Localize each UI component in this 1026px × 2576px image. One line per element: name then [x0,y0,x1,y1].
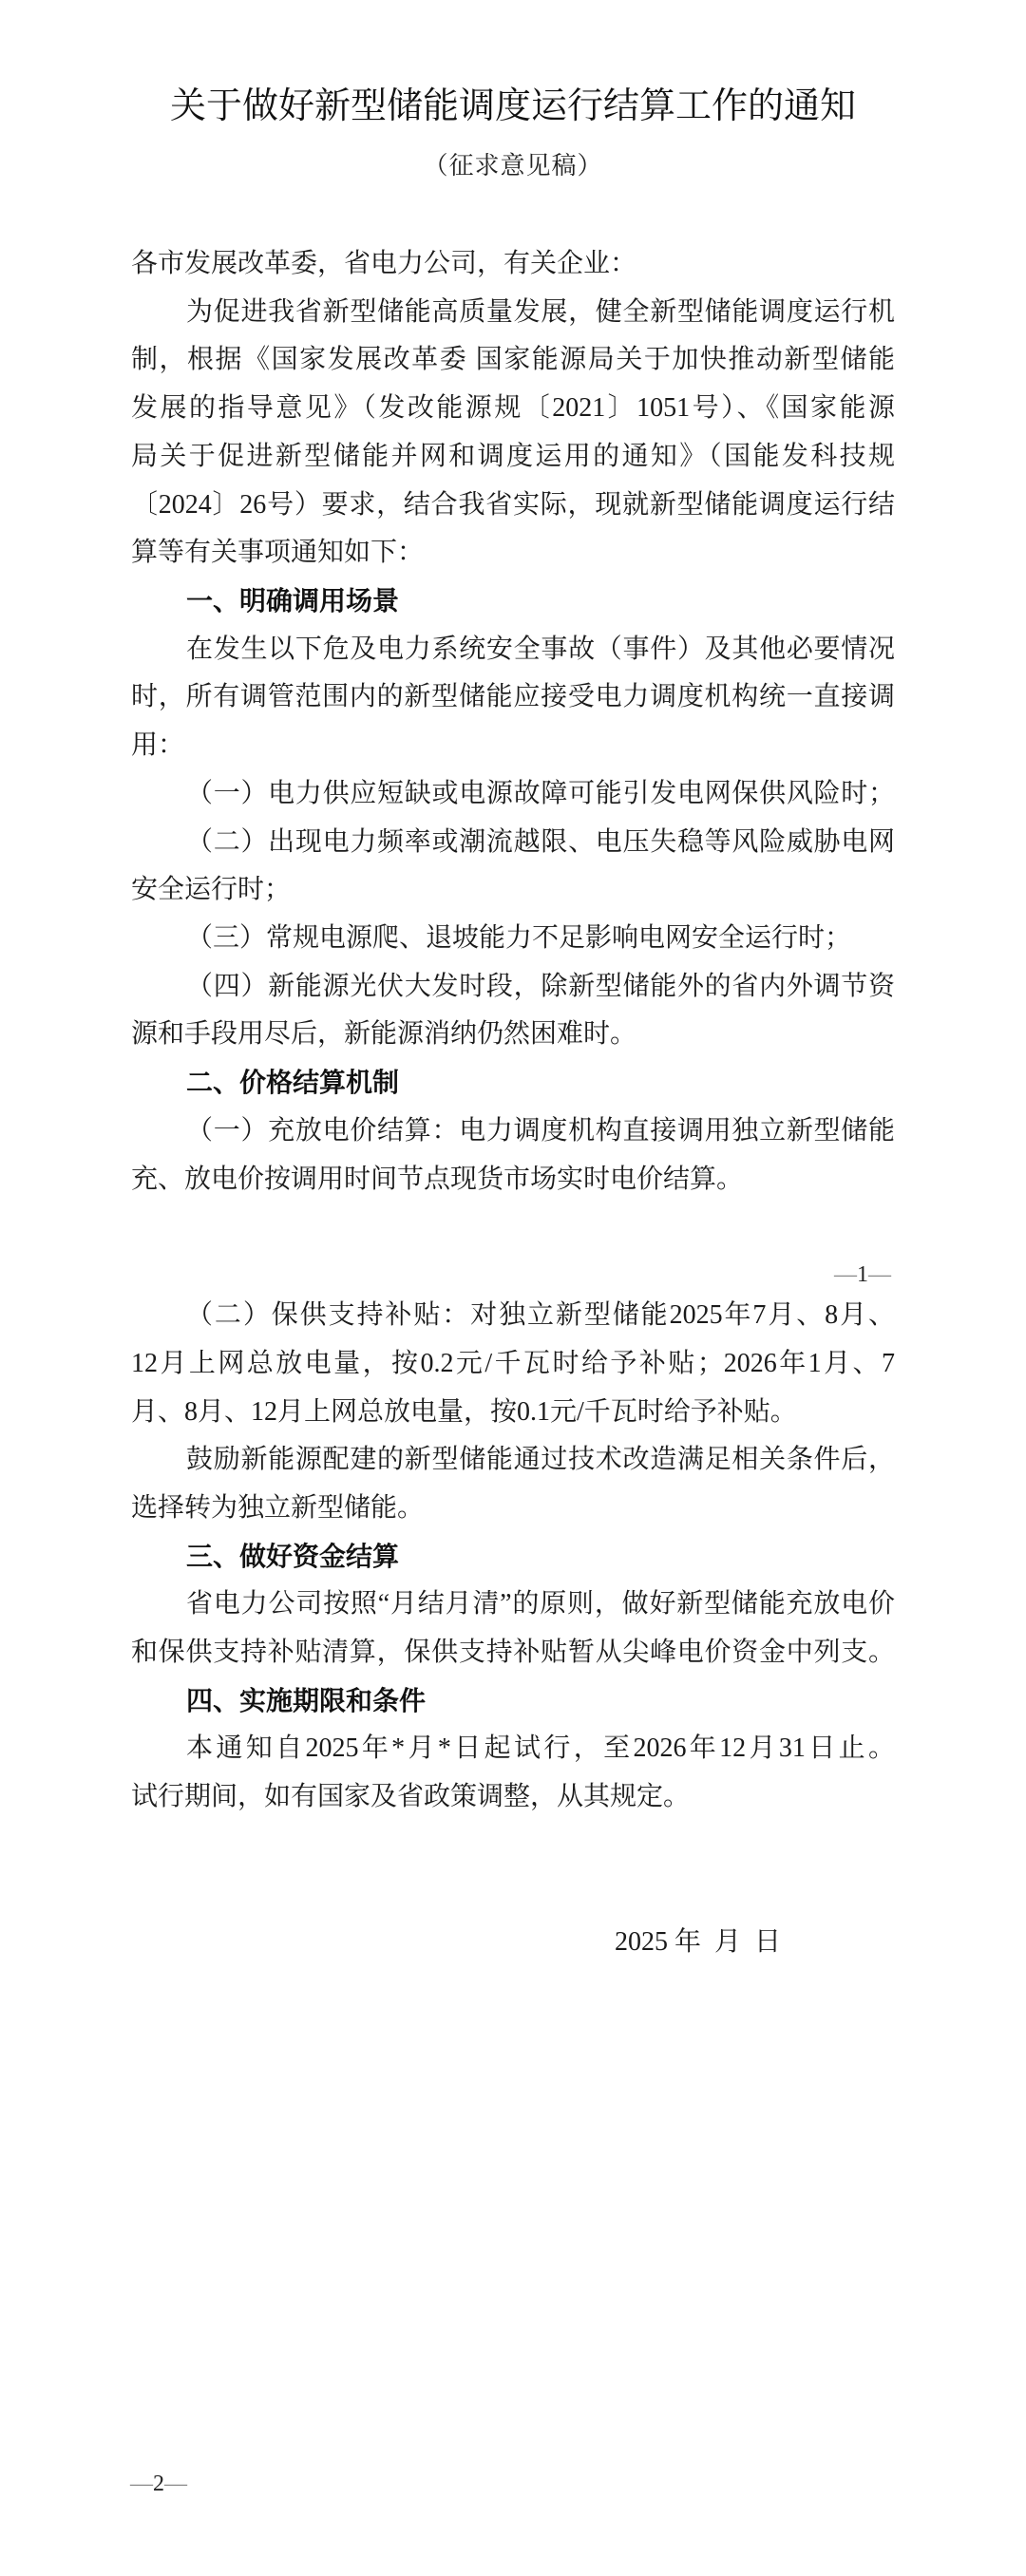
page-number-1: —1— [834,1260,891,1289]
section-heading: 四、实施期限和条件 [186,1677,895,1725]
page-number-2: —2— [130,2470,187,2498]
list-item: （二）出现电力频率或潮流越限、电压失稳等风险威胁电网 [186,819,895,866]
issue-date: 2025 年 月 日 [615,1919,781,1966]
page-number-dash: — [834,1262,857,1287]
paragraph-line: 试行期间，如有国家及省政策调整，从其规定。 [131,1773,895,1821]
salutation: 各市发展改革委，省电力公司，有关企业： [131,240,895,288]
paragraph-line: 为促进我省新型储能高质量发展，健全新型储能调度运行机 [186,289,895,336]
list-item-continuation: 安全运行时； [131,866,895,914]
list-item: （一）电力供应短缺或电源故障可能引发电网保供风险时； [186,770,895,818]
page-number-dash: — [868,1262,891,1287]
list-item: （三）常规电源爬、退坡能力不足影响电网安全运行时； [186,915,895,962]
paragraph-line: 发展的指导意见》（发改能源规〔2021〕1051号）、《国家能源 [131,385,895,432]
document-subtitle: （征求意见稿） [0,150,1026,182]
paragraph-line: 在发生以下危及电力系统安全事故（事件）及其他必要情况 [186,626,895,673]
page-number-value: 2 [153,2472,164,2496]
paragraph-line: 本通知自2025年*月*日起试行，至2026年12月31日止。 [186,1725,895,1772]
page-number-dash: — [164,2472,187,2496]
section-heading: 三、做好资金结算 [186,1533,895,1581]
list-item-continuation: 源和手段用尽后，新能源消纳仍然困难时。 [131,1011,895,1058]
paragraph-line: 局关于促进新型储能并网和调度运用的通知》（国能发科技规 [131,433,895,481]
paragraph-line: （一）充放电价结算：电力调度机构直接调用独立新型储能 [186,1108,895,1155]
section-heading: 一、明确调用场景 [186,578,895,625]
section-heading: 二、价格结算机制 [186,1059,895,1107]
paragraph-line: 12月上网总放电量，按0.2元/千瓦时给予补贴；2026年1月、7 [131,1340,895,1388]
paragraph-line: 鼓励新能源配建的新型储能通过技术改造满足相关条件后， [186,1436,895,1484]
document-page: 关于做好新型储能调度运行结算工作的通知 （征求意见稿） 各市发展改革委，省电力公… [0,0,1026,2576]
paragraph-line: 用： [131,722,895,769]
paragraph-line: 选择转为独立新型储能。 [131,1485,895,1532]
list-item: （四）新能源光伏大发时段，除新型储能外的省内外调节资 [186,963,895,1011]
paragraph-line: 月、8月、12月上网总放电量，按0.1元/千瓦时给予补贴。 [131,1389,895,1436]
paragraph-line: 充、放电价按调用时间节点现货市场实时电价结算。 [131,1156,895,1203]
paragraph-line: 和保供支持补贴清算，保供支持补贴暂从尖峰电价资金中列支。 [131,1629,895,1676]
paragraph-line: 省电力公司按照“月结月清”的原则，做好新型储能充放电价 [186,1581,895,1628]
page-number-dash: — [130,2472,153,2496]
document-title: 关于做好新型储能调度运行结算工作的通知 [0,82,1026,129]
paragraph-line: 时，所有调管范围内的新型储能应接受电力调度机构统一直接调 [131,673,895,721]
page-number-value: 1 [857,1262,868,1287]
paragraph-line: 算等有关事项通知如下： [131,529,895,577]
paragraph-line: （二）保供支持补贴：对独立新型储能2025年7月、8月、 [186,1292,895,1339]
paragraph-line: 制，根据《国家发展改革委 国家能源局关于加快推动新型储能 [131,336,895,384]
paragraph-line: 〔2024〕26号）要求，结合我省实际，现就新型储能调度运行结 [131,482,895,529]
